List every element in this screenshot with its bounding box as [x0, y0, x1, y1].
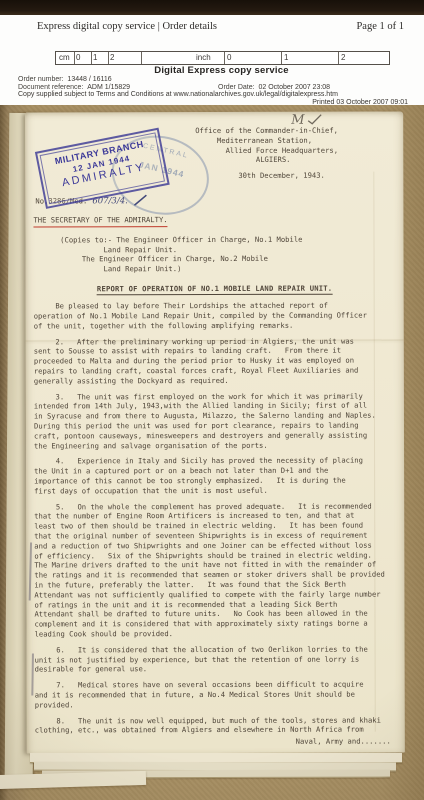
- ruler-inch-tick: 1: [284, 53, 288, 63]
- letter-paragraph: 3. The unit was first employed on the wo…: [34, 391, 396, 451]
- letter-paragraph: 7. Medical stores have on several occasi…: [35, 680, 397, 710]
- ruler-divider: [108, 52, 109, 64]
- order-date: Order Date: 02 October 2007 23:08: [218, 84, 330, 92]
- typewritten-letter: Office of the Commander-in-Chief, Medite…: [25, 112, 405, 754]
- ruler-inch-label: inch: [196, 53, 211, 63]
- scan-background: M CENTRAL JAN 1944 MILITARY BRANCH 12 JA…: [0, 105, 424, 800]
- order-date-label: Order Date:: [218, 84, 255, 91]
- page-count-label: Page 1 of 1: [356, 21, 404, 32]
- ruler-inch-tick: 2: [341, 53, 345, 63]
- stacked-sheet-corner: [0, 771, 146, 789]
- continuation-catchword: Naval, Army and.......: [35, 737, 391, 748]
- letter-paragraph: 6. It is considered that the allocation …: [35, 644, 397, 674]
- letter-paragraph: Be pleased to lay before Their Lordships…: [34, 301, 396, 331]
- letter-paragraph: 2. After the preliminary working up peri…: [34, 336, 396, 386]
- pencil-annotation: M: [291, 113, 322, 128]
- addressee-text: THE SECRETARY OF THE ADMIRALTY.: [33, 215, 167, 227]
- pencil-tick-mark: [306, 113, 322, 126]
- service-name: Digital Express copy service: [55, 65, 388, 76]
- ruler-divider: [338, 52, 339, 64]
- copies-distribution-block: (Copies to:- The Engineer Officer in Cha…: [51, 234, 395, 274]
- document-page: M CENTRAL JAN 1944 MILITARY BRANCH 12 JA…: [25, 112, 405, 754]
- letterhead: Office of the Commander-in-Chief, Medite…: [195, 126, 395, 166]
- report-title-line: REPORT OF OPERATION OF NO.1 MOBILE LAND …: [34, 283, 396, 295]
- ruler-cm-tick: 1: [93, 53, 97, 63]
- ruler-inch-tick: 0: [227, 53, 231, 63]
- document-reference-row: Document reference: ADM 1/15829 Order Da…: [18, 84, 410, 92]
- order-number-row: Order number: 13448 / 16116: [18, 76, 410, 84]
- letter-paragraph: 8. The unit is now well equipped, but mu…: [35, 715, 397, 736]
- photo-print-top-edge: [0, 0, 424, 15]
- print-header: Express digital copy service | Order det…: [0, 15, 424, 105]
- terms-line: Copy supplied subject to Terms and Condi…: [18, 91, 410, 99]
- ruler-divider: [141, 52, 142, 64]
- ruler-divider: [91, 52, 92, 64]
- page-title: Express digital copy service | Order det…: [37, 21, 217, 32]
- header-row: Express digital copy service | Order det…: [37, 21, 404, 32]
- scale-ruler: cm 0 1 2 inch 0 1 2: [55, 51, 390, 65]
- letter-paragraph: 4. Experience in Italy and Sicily has pr…: [34, 456, 396, 496]
- ruler-cm-tick: 2: [110, 53, 114, 63]
- order-number-value: 13448 / 16116: [67, 76, 111, 83]
- ruler-divider: [74, 52, 75, 64]
- document-reference-label: Document reference:: [18, 84, 83, 91]
- scanned-order-page: Express digital copy service | Order det…: [0, 0, 424, 800]
- letter-paragraph: 5. On the whole the complement has prove…: [34, 501, 396, 639]
- order-date-value: 02 October 2007 23:08: [258, 84, 330, 91]
- stamp-line-admiralty: ADMIRALTY: [43, 157, 165, 192]
- order-metadata: Order number: 13448 / 16116 Document ref…: [18, 76, 410, 106]
- addressee-line: THE SECRETARY OF THE ADMIRALTY.: [33, 215, 395, 228]
- document-reference-value: ADM 1/15829: [87, 84, 130, 91]
- ruler-cm-label: cm: [59, 53, 70, 63]
- order-number-label: Order number:: [18, 76, 64, 83]
- pencil-annotation-text: M: [291, 113, 304, 128]
- ruler-divider: [224, 52, 225, 64]
- ruler-divider: [281, 52, 282, 64]
- letter-date: 30th December, 1943.: [238, 171, 395, 181]
- report-title-text: REPORT OF OPERATION OF NO.1 MOBILE LAND …: [97, 284, 332, 296]
- letter-body: Be pleased to lay before Their Lordships…: [34, 301, 397, 736]
- stamp-line-date: 12 JAN 1944: [41, 148, 162, 180]
- ruler-cm-tick: 0: [76, 53, 80, 63]
